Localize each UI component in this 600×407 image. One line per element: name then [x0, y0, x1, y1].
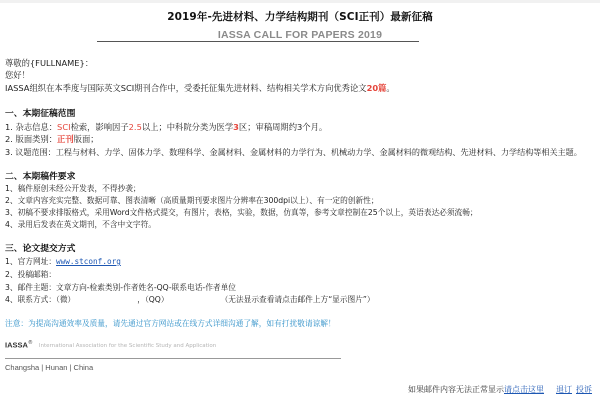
- footer-divider: [5, 358, 341, 359]
- section2-title: 二、本期稿件要求: [5, 172, 75, 182]
- footer-brand: IASSA®International Association for the …: [5, 340, 216, 349]
- unsubscribe-link[interactable]: 退订: [556, 385, 572, 394]
- paper-count-highlight: 20篇: [367, 83, 387, 93]
- section1-item2: 2. 版面类别：正刊版面；: [5, 134, 99, 144]
- website-link[interactable]: www.stconf.org: [56, 257, 121, 266]
- section3-item3: 3、邮件主题：文章方向-检索类别-作者姓名-QQ-联系电话-作者单位: [5, 283, 236, 293]
- footer-location: Changsha | Hunan | China: [5, 363, 93, 372]
- hello-line: 您好！: [5, 70, 30, 80]
- section3-item4: 4、联系方式：（微），（QQ）（无法显示查看请点击邮件上方“显示图片”）: [5, 295, 375, 305]
- section1-title: 一、本期征稿范围: [5, 109, 75, 119]
- section3-title: 三、论文提交方式: [5, 244, 75, 254]
- section1-item1: 1. 杂志信息：SCI检索，影响因子2.5以上；中科院分类为医学3区；审稿周期约…: [5, 122, 327, 132]
- section2-item4: 4、录用后发表在英文期刊，不含中文字符。: [5, 220, 156, 230]
- email-title: 2019年-先进材料、力学结构期刊（SCI正刊）最新征稿: [0, 9, 600, 24]
- salutation: 尊敬的{FULLNAME}：: [5, 58, 93, 68]
- email-subtitle: IASSA CALL FOR PAPERS 2019: [0, 29, 600, 41]
- section1-item3: 3. 议题范围：工程与材料、力学、固体力学、数理科学、金属材料、金属材料的力学行…: [5, 147, 582, 157]
- bottom-bar: 如果邮件内容无法正常显示请点击这里退订投诉: [408, 384, 592, 395]
- view-in-browser-link[interactable]: 请点击这里: [504, 385, 544, 394]
- brand-description: International Association for the Scient…: [39, 343, 216, 349]
- section3-item2: 2、投稿邮箱：: [5, 270, 56, 280]
- header-divider: [97, 41, 419, 42]
- email-header: 2019年-先进材料、力学结构期刊（SCI正刊）最新征稿 IASSA CALL …: [0, 9, 600, 41]
- section2-item1: 1、稿件原创未经公开发表，不得抄袭；: [5, 184, 141, 194]
- intro-paragraph: IASSA组织在本季度与国际英文SCI期刊合作中，受委托征集先进材料、结构相关学…: [5, 83, 395, 93]
- section3-item1: 1、官方网址：www.stconf.org: [5, 257, 121, 267]
- section2-item2: 2、文章内容充实完整、数据可靠、图表清晰（高质量期刊要求图片分辨率在300dpi…: [5, 196, 379, 206]
- top-border: [0, 0, 600, 3]
- display-issue-text: 如果邮件内容无法正常显示: [408, 385, 504, 394]
- complain-link[interactable]: 投诉: [576, 385, 592, 394]
- section2-item3: 3、初稿不要求排版格式，采用Word文件格式提交，有图片，表格，实验，数据，仿真…: [5, 208, 478, 218]
- registered-mark: ®: [28, 340, 33, 346]
- notice-text: 注意：为提高沟通效率及质量，请先通过官方网站或在线方式详细沟通了解，如有打扰敬请…: [5, 319, 336, 329]
- brand-logo: IASSA: [5, 340, 28, 349]
